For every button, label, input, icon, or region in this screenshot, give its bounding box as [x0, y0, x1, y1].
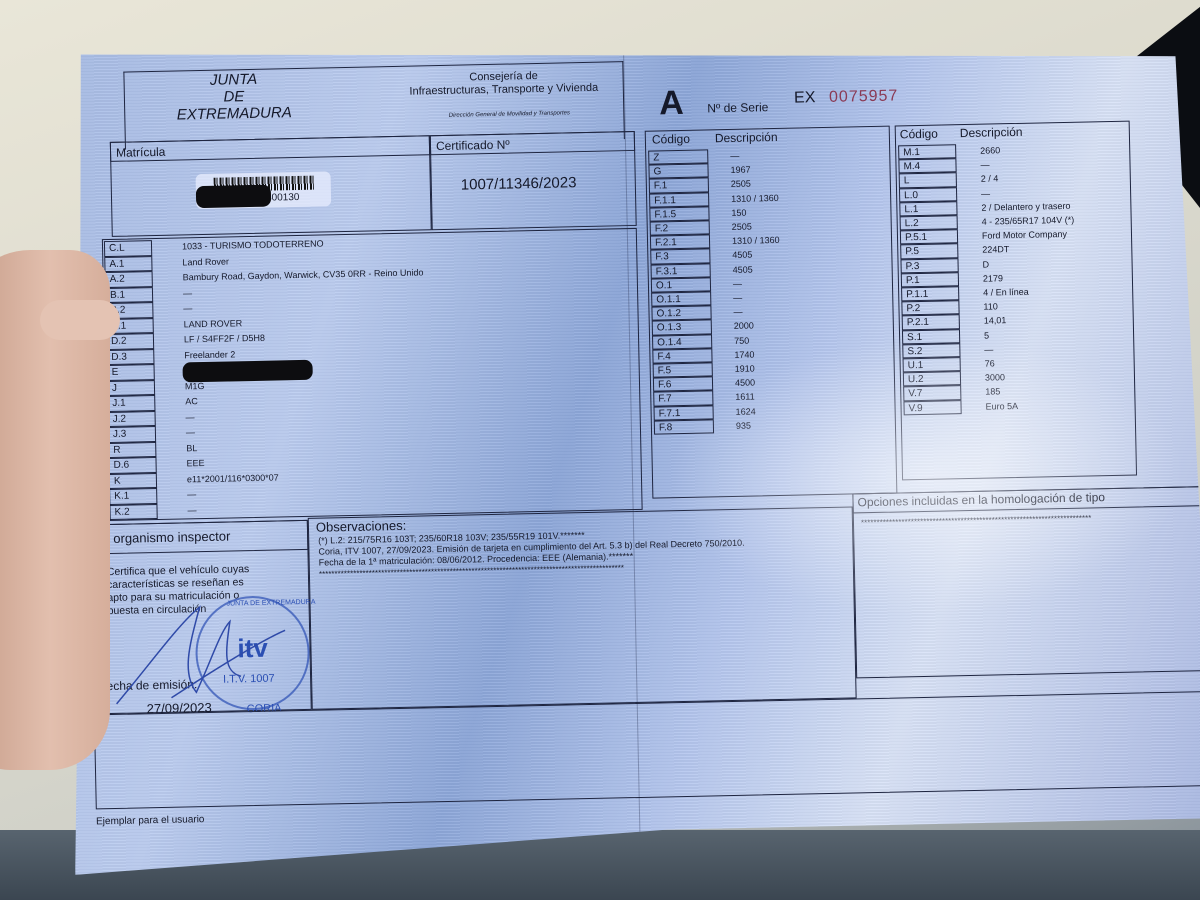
field-value: —: [980, 160, 989, 170]
field-code: J: [112, 382, 117, 393]
serial-number: 0075957: [829, 87, 899, 106]
field-value: Ford Motor Company: [982, 229, 1067, 241]
field-code: G: [653, 167, 661, 178]
right-code-header: Código: [900, 127, 938, 142]
redaction: [196, 185, 271, 209]
field-code: P.2: [906, 303, 920, 314]
field-code: D.3: [111, 351, 127, 362]
holding-finger: [40, 300, 120, 340]
field-value: 1310 / 1360: [732, 235, 780, 246]
field-code: F.3: [655, 252, 669, 263]
field-code: K: [114, 475, 121, 486]
field-value: —: [733, 307, 742, 317]
field-code: P.3: [905, 261, 919, 272]
field-code: F.1.1: [654, 195, 676, 206]
field-code: J.1: [112, 398, 126, 409]
inspector-title: El organismo inspector: [98, 528, 231, 546]
light-glare: [664, 331, 1190, 622]
serial-label: Nº de Serie: [707, 100, 768, 115]
right-fields-rows: M.12660M.4—L2 / 4L.0—L.12 / Delantero y …: [58, 31, 1198, 55]
authority-name: JUNTA DE EXTREMADURA: [168, 70, 299, 124]
field-value: 4505: [733, 264, 753, 274]
field-value: AC: [185, 396, 198, 406]
field-value: 2000: [734, 321, 754, 331]
field-code: L.1: [904, 204, 918, 215]
field-value: 150: [731, 207, 746, 217]
field-value: e11*2001/116*0300*07: [187, 472, 279, 484]
field-value: 2505: [731, 179, 751, 189]
field-code: M.4: [903, 161, 920, 172]
certificate-label: Certificado Nº: [436, 138, 510, 154]
field-value: 1967: [730, 165, 750, 175]
field-value: —: [730, 151, 739, 161]
field-code: K.2: [114, 506, 129, 517]
field-code: J.3: [113, 429, 127, 440]
field-value: 4505: [732, 250, 752, 260]
field-code: R: [113, 444, 120, 455]
field-code: F.1: [654, 181, 668, 192]
field-code: F.3.1: [656, 266, 678, 277]
field-code: K.1: [114, 491, 129, 502]
field-value: —: [187, 489, 196, 499]
field-value: 1310 / 1360: [731, 193, 779, 204]
field-value: —: [183, 303, 192, 313]
field-value: LF / S4FF2F / D5H8: [184, 333, 265, 345]
middle-code-header: Código: [652, 132, 690, 147]
field-value: 2179: [983, 273, 1003, 283]
field-code: A.2: [110, 274, 125, 285]
field-value: 2660: [980, 145, 1000, 155]
field-value: BL: [186, 443, 197, 453]
plate-barcode: 300130: [196, 171, 332, 209]
field-value: 2 / Delantero y trasero: [981, 201, 1070, 213]
field-code: L.0: [904, 190, 918, 201]
certificate-number: 1007/11346/2023: [461, 174, 577, 193]
copy-label: Ejemplar para el usuario: [96, 814, 205, 827]
field-value: 4 - 235/65R17 104V (*): [982, 215, 1075, 227]
serial-prefix: EX: [794, 89, 816, 107]
registration-label: Matrícula: [116, 145, 166, 160]
field-value: Freelander 2: [184, 349, 235, 360]
field-code: O.1.3: [657, 322, 682, 334]
field-code: O.1: [656, 280, 672, 291]
field-value: 14,01: [984, 316, 1007, 326]
redaction: [182, 360, 312, 383]
field-code: L.2: [905, 218, 919, 229]
field-value: —: [187, 505, 196, 515]
field-code: M.1: [903, 147, 920, 158]
form-letter: A: [659, 84, 684, 124]
field-code: P.5.1: [905, 232, 927, 243]
field-code: B.1: [110, 289, 125, 300]
vehicle-technical-card: JUNTA DE EXTREMADURA Consejería de Infra…: [58, 31, 1200, 875]
field-value: 224DT: [982, 245, 1009, 256]
field-code: P.5: [905, 246, 919, 257]
field-value: 4 / En línea: [983, 287, 1029, 298]
middle-fields-rows: Z—G1967F.12505F.1.11310 / 1360F.1.5150F.…: [58, 31, 1198, 55]
field-value: —: [981, 188, 990, 198]
field-code: E: [112, 367, 119, 378]
field-code: D.2: [111, 336, 127, 347]
field-code: J.2: [113, 413, 127, 424]
observations-title: Observaciones:: [316, 518, 407, 535]
field-value: 110: [983, 302, 998, 312]
field-code: O.1.1: [656, 294, 681, 306]
field-value: EEE: [186, 458, 204, 468]
middle-description-header: Descripción: [715, 130, 778, 145]
field-code: L: [904, 176, 910, 187]
field-value: —: [733, 293, 742, 303]
authority-line: EXTREMADURA: [169, 104, 299, 124]
field-value: —: [183, 288, 192, 298]
field-value: —: [186, 412, 195, 422]
signature-icon: [110, 600, 292, 714]
field-value: —: [733, 279, 742, 289]
field-value: 2 / 4: [981, 174, 999, 184]
field-value: —: [186, 427, 195, 437]
field-code: P.1: [906, 275, 920, 286]
left-fields-rows: C.L1033 - TURISMO TODOTERRENOA.1Land Rov…: [58, 31, 1198, 55]
field-code: A.1: [109, 258, 124, 269]
field-code: C.L: [109, 243, 125, 254]
field-code: O.1.2: [656, 308, 681, 320]
field-code: D.6: [113, 460, 129, 471]
field-code: F.2.1: [655, 237, 677, 248]
field-code: F.1.5: [654, 209, 676, 220]
field-value: D: [982, 259, 989, 269]
field-value: 2505: [732, 222, 752, 232]
field-code: F.2: [655, 223, 669, 234]
field-value: Land Rover: [182, 256, 229, 267]
right-description-header: Descripción: [960, 125, 1023, 140]
field-code: Z: [653, 152, 659, 163]
field-code: P.2.1: [907, 317, 929, 328]
department-name: Consejería de Infraestructuras, Transpor…: [388, 68, 618, 99]
field-code: P.1.1: [906, 289, 928, 300]
field-value: LAND ROVER: [184, 318, 243, 329]
